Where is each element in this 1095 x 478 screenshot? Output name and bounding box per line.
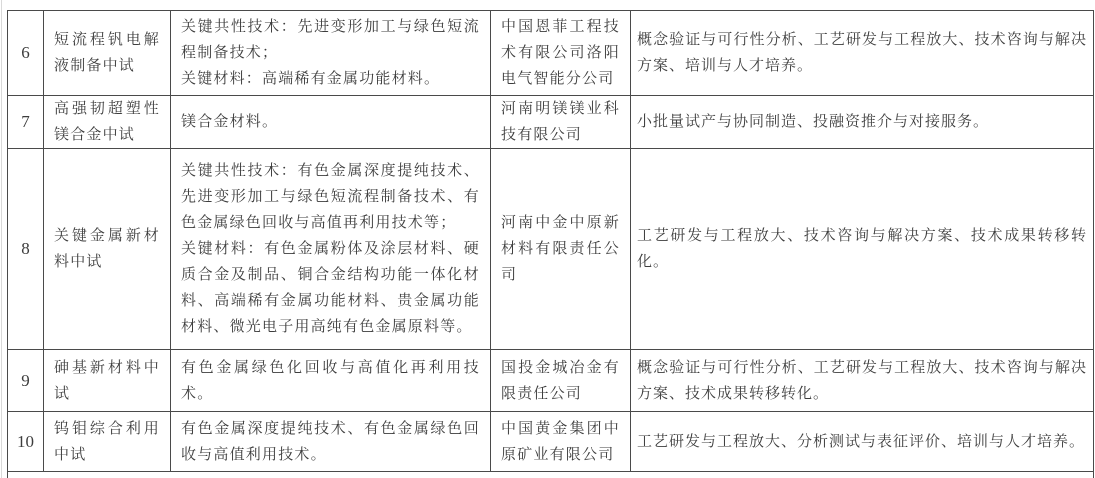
cell-services: 概念验证与可行性分析、工艺研发与工程放大、技术咨询与解决方案、技术成果转移转化。	[631, 350, 1094, 412]
cell-project: 高强韧超塑性镁合金中试	[44, 96, 171, 149]
cell-index: 6	[8, 11, 44, 96]
cell-services: 工艺研发与工程放大、分析测试与表征评价、培训与人才培养。	[631, 412, 1094, 472]
tech-paragraph: 有色金属深度提纯技术、有色金属绿色回收与高值利用技术。	[181, 416, 480, 468]
cell-index: 7	[8, 96, 44, 149]
page-edge-line	[1, 0, 2, 478]
table-row: 10 钨钼综合利用中试 有色金属深度提纯技术、有色金属绿色回收与高值利用技术。 …	[8, 412, 1094, 472]
tech-paragraph: 关键材料：高端稀有金属功能材料。	[181, 66, 480, 92]
table-row: 7 高强韧超塑性镁合金中试 镁合金材料。 河南明镁镁业科技有限公司 小批量试产与…	[8, 96, 1094, 149]
cell-tech: 有色金属深度提纯技术、有色金属绿色回收与高值利用技术。	[171, 412, 491, 472]
cell-services: 小批量试产与协同制造、投融资推介与对接服务。	[631, 96, 1094, 149]
document-page: 6 短流程钒电解液制备中试 关键共性技术：先进变形加工与绿色短流程制备技术； 关…	[0, 0, 1095, 478]
cell-services: 概念验证与可行性分析、工艺研发与工程放大、技术咨询与解决方案、培训与人才培养。	[631, 11, 1094, 96]
cell-project: 钨钼综合利用中试	[44, 412, 171, 472]
cell-company: 河南中金中原新材料有限责任公司	[491, 149, 631, 350]
cell-tech: 关键共性技术：先进变形加工与绿色短流程制备技术； 关键材料：高端稀有金属功能材料…	[171, 11, 491, 96]
cell-index: 8	[8, 149, 44, 350]
cell-tech: 关键共性技术：有色金属深度提纯技术、先进变形加工与绿色短流程制备技术、有色金属绿…	[171, 149, 491, 350]
cell-project: 砷基新材料中试	[44, 350, 171, 412]
table-row: 6 短流程钒电解液制备中试 关键共性技术：先进变形加工与绿色短流程制备技术； 关…	[8, 11, 1094, 96]
cell-tech: 有色金属绿色化回收与高值化再利用技术。	[171, 350, 491, 412]
cell-company: 河南明镁镁业科技有限公司	[491, 96, 631, 149]
tech-paragraph: 有色金属绿色化回收与高值化再利用技术。	[181, 355, 480, 407]
tech-paragraph: 关键共性技术：有色金属深度提纯技术、先进变形加工与绿色短流程制备技术、有色金属绿…	[181, 158, 480, 236]
table-row: 8 关键金属新材料中试 关键共性技术：有色金属深度提纯技术、先进变形加工与绿色短…	[8, 149, 1094, 350]
cell-company: 中国恩菲工程技术有限公司洛阳电气智能分公司	[491, 11, 631, 96]
cell-index: 10	[8, 412, 44, 472]
cell-company: 中国黄金集团中原矿业有限公司	[491, 412, 631, 472]
cell-merged-partial	[8, 472, 1094, 478]
cell-project: 短流程钒电解液制备中试	[44, 11, 171, 96]
table-row: 9 砷基新材料中试 有色金属绿色化回收与高值化再利用技术。 国投金城冶金有限责任…	[8, 350, 1094, 412]
tech-paragraph: 镁合金材料。	[181, 109, 480, 135]
cell-company: 国投金城冶金有限责任公司	[491, 350, 631, 412]
table-row-partial	[8, 472, 1094, 478]
cell-tech: 镁合金材料。	[171, 96, 491, 149]
cell-index: 9	[8, 350, 44, 412]
tech-paragraph: 关键共性技术：先进变形加工与绿色短流程制备技术；	[181, 14, 480, 66]
tech-paragraph: 关键材料：有色金属粉体及涂层材料、硬质合金及制品、铜合金结构功能一体化材料、高端…	[181, 236, 480, 340]
cell-services: 工艺研发与工程放大、技术咨询与解决方案、技术成果转移转化。	[631, 149, 1094, 350]
cell-project: 关键金属新材料中试	[44, 149, 171, 350]
projects-table: 6 短流程钒电解液制备中试 关键共性技术：先进变形加工与绿色短流程制备技术； 关…	[7, 10, 1094, 478]
